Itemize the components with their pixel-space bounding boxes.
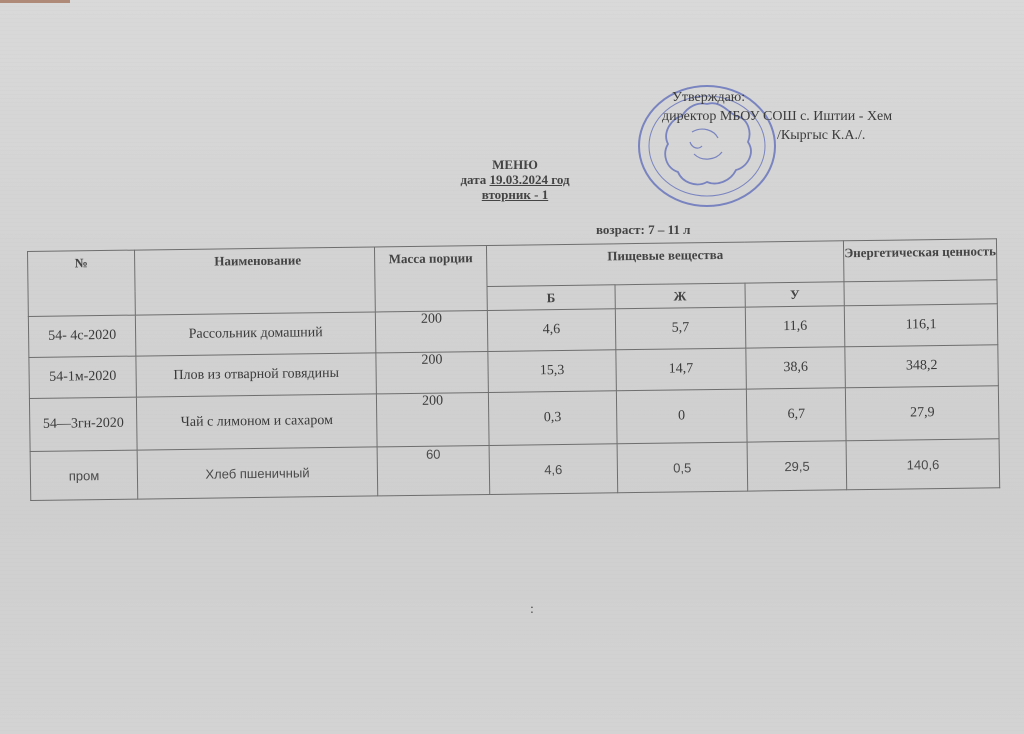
col-header-name: Наименование — [135, 247, 376, 315]
cell-recipe-no: 54—3гн-2020 — [29, 397, 137, 451]
footer-mark: : — [530, 602, 534, 618]
cell-portion-mass: 200 — [376, 351, 489, 393]
document-header: МЕНЮ дата 19.03.2024 год вторник - 1 — [430, 157, 600, 202]
cell-protein: 4,6 — [489, 444, 617, 495]
menu-date: дата 19.03.2024 год — [430, 172, 600, 187]
approval-block: Утверждаю: директор МБОУ СОШ с. Иштии - … — [662, 88, 932, 145]
approval-signature: /Кыргыс К.А./. — [662, 126, 932, 145]
cell-carbs: 6,7 — [746, 388, 846, 442]
cell-recipe-no: 54- 4с-2020 — [28, 315, 136, 357]
page-title: МЕНЮ — [430, 157, 600, 172]
col-header-b: Б — [487, 285, 615, 311]
cell-recipe-no: 54-1м-2020 — [29, 356, 137, 398]
col-header-u: У — [745, 282, 844, 307]
col-header-nutrients: Пищевые вещества — [487, 241, 845, 287]
col-header-energy-blank — [844, 280, 997, 306]
col-header-zh: Ж — [615, 283, 746, 309]
cell-fat: 5,7 — [615, 307, 746, 350]
col-header-no: № — [28, 250, 136, 316]
cell-carbs: 11,6 — [745, 306, 845, 348]
date-value: 19.03.2024 год — [490, 172, 570, 187]
date-label: дата — [460, 172, 486, 187]
cell-fat: 0,5 — [617, 442, 748, 493]
menu-day: вторник - 1 — [430, 187, 600, 202]
menu-table: № Наименование Масса порции Пищевые веще… — [27, 238, 1000, 501]
cell-portion-mass: 60 — [377, 445, 490, 495]
cell-dish-name: Плов из отварной говядины — [136, 353, 376, 397]
cell-energy: 27,9 — [846, 386, 999, 441]
cell-energy: 116,1 — [845, 304, 998, 347]
cell-dish-name: Рассольник домашний — [136, 312, 376, 356]
cell-fat: 14,7 — [615, 348, 746, 391]
cell-protein: 4,6 — [488, 309, 616, 352]
cell-portion-mass: 200 — [375, 310, 488, 352]
age-group: возраст: 7 – 11 л — [596, 222, 690, 238]
background-edge — [0, 0, 70, 3]
col-header-energy: Энергетическая ценность — [844, 239, 997, 282]
col-header-mass: Масса порции — [374, 245, 487, 311]
cell-protein: 15,3 — [488, 350, 616, 393]
cell-fat: 0 — [616, 389, 747, 444]
cell-energy: 348,2 — [845, 345, 998, 388]
cell-carbs: 29,5 — [747, 441, 847, 491]
cell-portion-mass: 200 — [376, 392, 489, 446]
cell-dish-name: Чай с лимоном и сахаром — [137, 394, 377, 450]
cell-protein: 0,3 — [489, 391, 617, 446]
approval-position: директор МБОУ СОШ с. Иштии - Хем — [662, 107, 932, 126]
cell-energy: 140,6 — [846, 439, 999, 490]
cell-dish-name: Хлеб пшеничный — [137, 447, 377, 499]
cell-recipe-no: пром — [30, 450, 138, 500]
approval-label: Утверждаю: — [662, 88, 932, 107]
cell-carbs: 38,6 — [746, 347, 846, 389]
